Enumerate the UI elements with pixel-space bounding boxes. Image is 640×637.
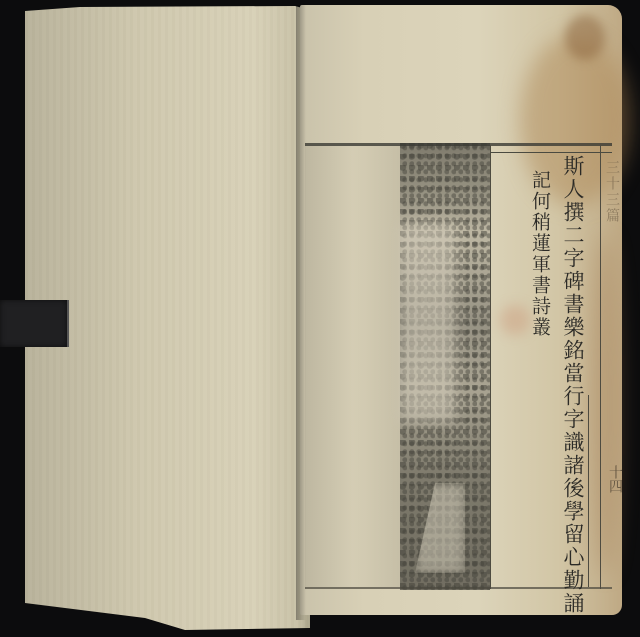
main-text-column: 斯人撰二字碑書樂銘當行字識諸後學留心勤誦 bbox=[562, 155, 583, 615]
right-printed-page: 斯人撰二字碑書樂銘當行字識諸後學留心勤誦 記何稍蓮軍書詩叢 三十三篇 十四 bbox=[300, 5, 622, 615]
frame-divider bbox=[600, 145, 601, 589]
page-number: 十四 bbox=[605, 465, 625, 493]
annotation-text-column: 記何稍蓮軍書詩叢 bbox=[530, 170, 549, 338]
frame-divider bbox=[490, 145, 491, 589]
woodcut-illustration bbox=[400, 143, 490, 590]
spine-shadow bbox=[296, 5, 306, 620]
black-ribbon-tab bbox=[0, 300, 69, 347]
frame-top-rule bbox=[305, 143, 612, 146]
edge-text-column: 三十三篇 bbox=[605, 160, 619, 224]
water-stain bbox=[590, 235, 620, 575]
faded-print-area bbox=[305, 145, 400, 587]
water-stain bbox=[565, 15, 605, 60]
frame-divider bbox=[588, 395, 589, 587]
water-stain bbox=[500, 305, 530, 335]
frame-top-rule-inner bbox=[490, 152, 612, 153]
photo-scene: 斯人撰二字碑書樂銘當行字識諸後學留心勤誦 記何稍蓮軍書詩叢 三十三篇 十四 bbox=[0, 0, 640, 637]
